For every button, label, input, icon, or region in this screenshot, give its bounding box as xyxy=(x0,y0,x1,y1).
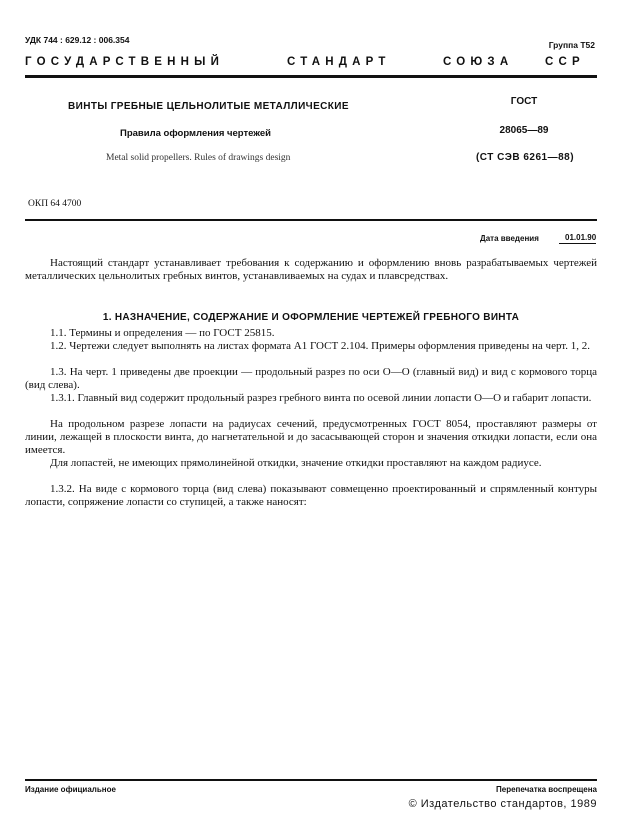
header-rule xyxy=(25,75,597,78)
intro-paragraph: Настоящий стандарт устанавливает требова… xyxy=(25,257,597,283)
document-subtitle: Правила оформления чертежей xyxy=(120,128,271,139)
state-standard-banner: ГОСУДАРСТВЕННЫЙ СТАНДАРТ СОЮЗА ССР xyxy=(25,56,597,70)
banner-word: СОЮЗА xyxy=(443,56,513,68)
banner-word: СТАНДАРТ xyxy=(287,56,391,68)
udk-code: УДК 744 : 629.12 : 006.354 xyxy=(25,35,129,45)
introduction-date-value: 01.01.90 xyxy=(559,233,596,244)
banner-word: ССР xyxy=(545,56,585,68)
group-code: Группа Т52 xyxy=(549,40,595,50)
cmea-standard: (СТ СЭВ 6261—88) xyxy=(470,152,580,163)
paragraph-rake: Для лопастей, не имеющих прямолинейной о… xyxy=(25,457,597,470)
reprint-prohibited: Перепечатка воспрещена xyxy=(496,785,597,794)
paragraph-1-2: 1.2. Чертежи следует выполнять на листах… xyxy=(25,340,597,353)
copyright: © Издательство стандартов, 1989 xyxy=(409,798,597,810)
document-title: ВИНТЫ ГРЕБНЫЕ ЦЕЛЬНОЛИТЫЕ МЕТАЛЛИЧЕСКИЕ xyxy=(68,101,349,112)
gost-number: 28065—89 xyxy=(484,125,564,136)
english-title: Metal solid propellers. Rules of drawing… xyxy=(106,153,290,163)
paragraph-1-3-2: 1.3.2. На виде с кормового торца (вид сл… xyxy=(25,483,597,509)
banner-word: ГОСУДАРСТВЕННЫЙ xyxy=(25,56,224,68)
paragraph-1-3: 1.3. На черт. 1 приведены две проекции —… xyxy=(25,366,597,392)
official-edition: Издание официальное xyxy=(25,785,116,794)
paragraph-section-dimensions: На продольном разрезе лопасти на радиуса… xyxy=(25,418,597,457)
section-heading: 1. НАЗНАЧЕНИЕ, СОДЕРЖАНИЕ И ОФОРМЛЕНИЕ Ч… xyxy=(25,312,597,323)
paragraph-1-3-1: 1.3.1. Главный вид содержит продольный р… xyxy=(25,392,597,405)
footer-rule xyxy=(25,779,597,781)
paragraph-1-1: 1.1. Термины и определения — по ГОСТ 258… xyxy=(25,327,597,340)
introduction-date-label: Дата введения xyxy=(480,234,539,243)
gost-label: ГОСТ xyxy=(484,96,564,107)
okp-code: ОКП 64 4700 xyxy=(28,199,81,209)
title-block-rule xyxy=(25,219,597,221)
